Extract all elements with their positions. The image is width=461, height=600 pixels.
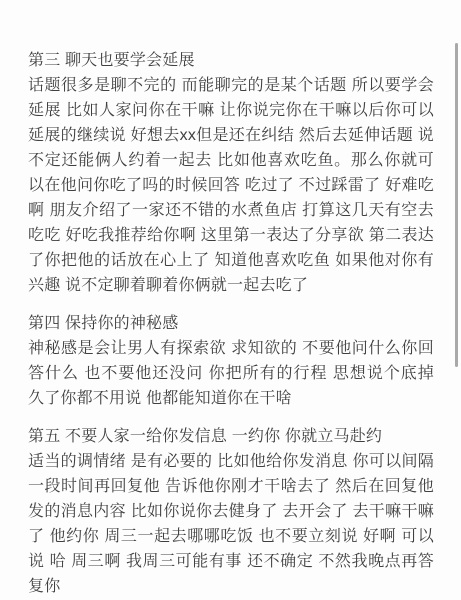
scrollbar-thumb[interactable]	[455, 43, 458, 367]
section-three-body: 话题很多是聊不完的 而能聊完的是某个话题 所以要学会延展 比如人家问你在干嘛 让…	[28, 73, 434, 298]
section-five-body: 适当的调情绪 是有必要的 比如他给你发消息 你可以间隔一段时间再回复他 告诉他你…	[28, 449, 434, 599]
section-four-body: 神秘感是会让男人有探索欲 求知欲的 不要他问什么你回答什么 也不要他还没问 你把…	[28, 336, 434, 411]
section-three: 第三 聊天也要学会延展 话题很多是聊不完的 而能聊完的是某个话题 所以要学会延展…	[28, 48, 434, 298]
section-three-heading: 第三 聊天也要学会延展	[28, 48, 434, 73]
scrollbar-track[interactable]	[452, 0, 461, 600]
section-four-heading: 第四 保持你的神秘感	[28, 311, 434, 336]
section-five: 第五 不要人家一给你发信息 一约你 你就立马赴约 适当的调情绪 是有必要的 比如…	[28, 424, 434, 599]
article-text-page: 第三 聊天也要学会延展 话题很多是聊不完的 而能聊完的是某个话题 所以要学会延展…	[0, 0, 461, 600]
section-five-heading: 第五 不要人家一给你发信息 一约你 你就立马赴约	[28, 424, 434, 449]
section-four: 第四 保持你的神秘感 神秘感是会让男人有探索欲 求知欲的 不要他问什么你回答什么…	[28, 311, 434, 411]
